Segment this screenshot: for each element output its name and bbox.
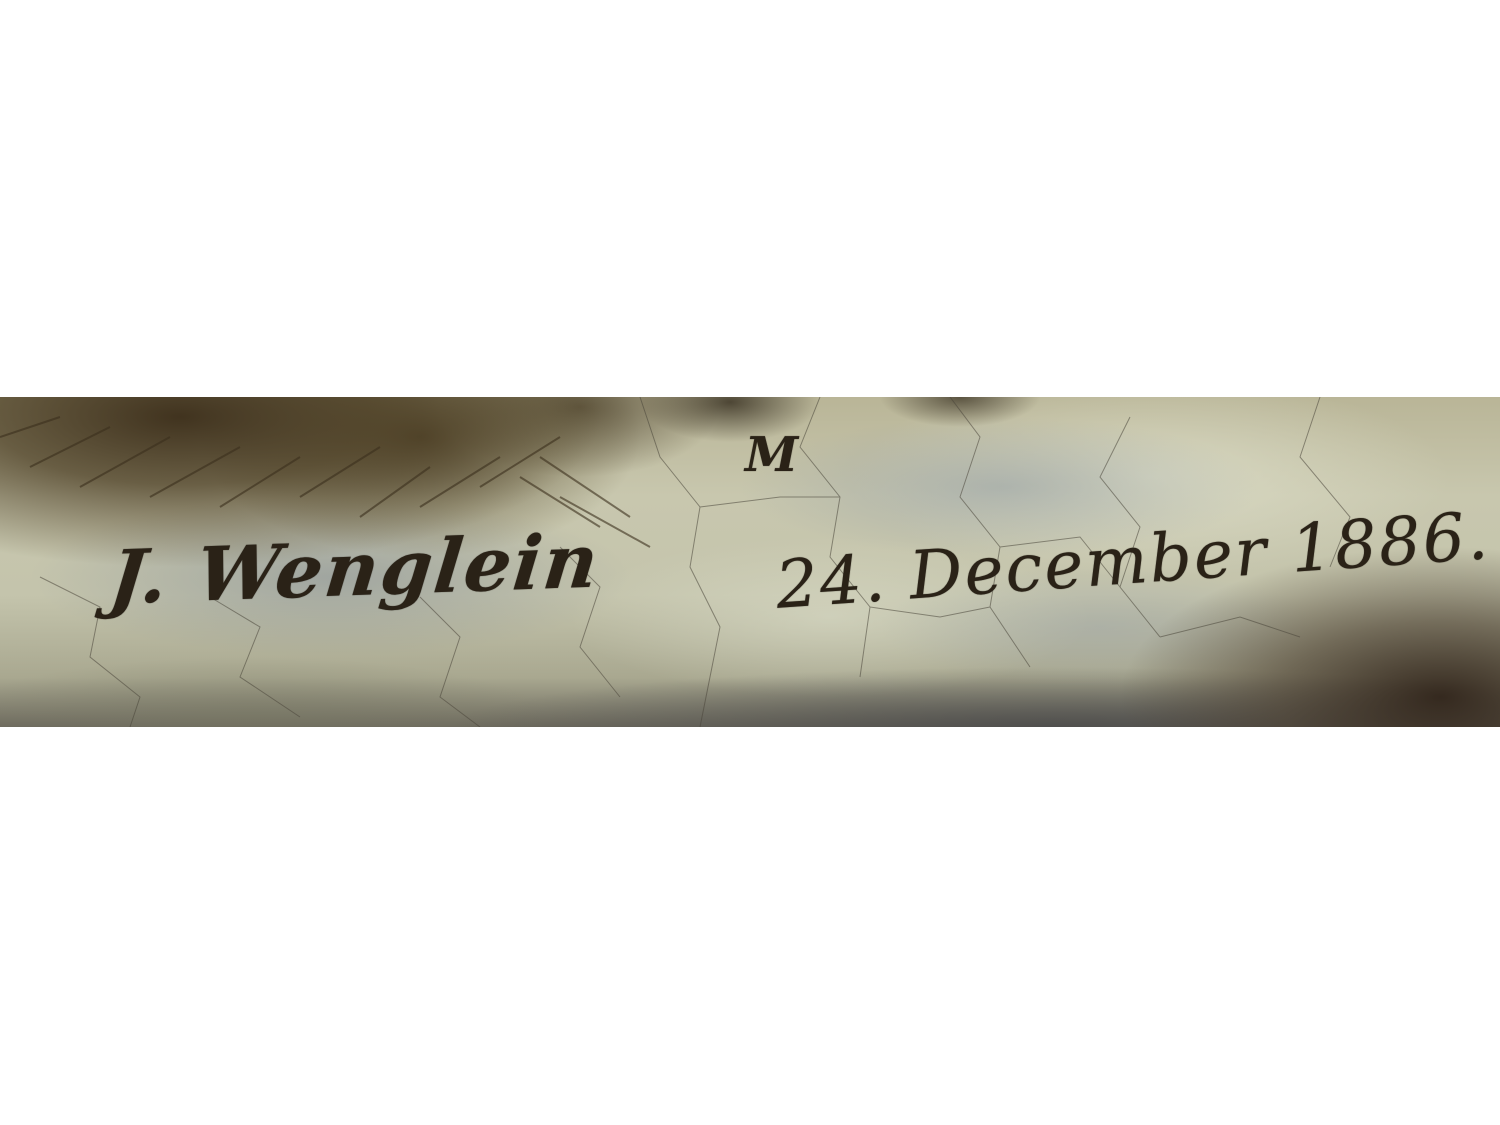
signature-date: 24. December 1886. <box>773 497 1492 624</box>
painting-detail: J. Wenglein M 24. December 1886. <box>0 397 1500 727</box>
artist-signature: J. Wenglein <box>106 518 604 621</box>
monogram-mark: M <box>745 427 800 483</box>
image-canvas: J. Wenglein M 24. December 1886. <box>0 0 1500 1125</box>
